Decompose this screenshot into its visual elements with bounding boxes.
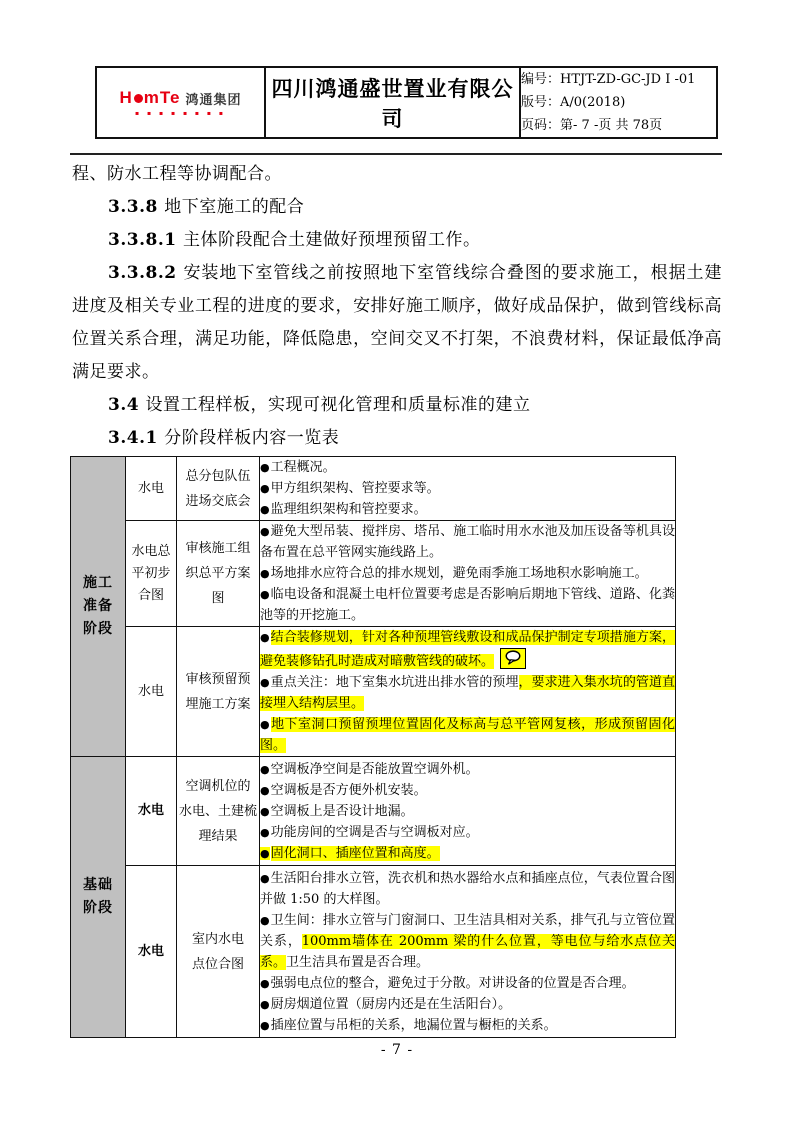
bullet-item: ●插座位置与吊柜的关系，地漏位置与橱柜的关系。 (260, 1015, 675, 1036)
bullet-dot-icon: ● (260, 588, 270, 601)
content-cell: ●工程概况。●甲方组织架构、管控要求等。●监理组织架构和管控要求。 (260, 457, 676, 521)
bullet-dot-icon: ● (260, 998, 270, 1011)
heading-3-4: 3.4设置工程样板，实现可视化管理和质量标准的建立 (72, 389, 722, 422)
bullet-item: ●地下室洞口预留预埋位置固化及标高与总平管网复核，形成预留固化图。 (260, 714, 675, 756)
bullet-item: ●厨房烟道位置（厨房内还是在生活阳台）。 (260, 994, 675, 1015)
logo-tagline: ▪ ▪ ▪ ▪ ▪ ▪ ▪ ▪ (97, 111, 264, 117)
bullet-dot-icon: ● (260, 977, 270, 990)
table-row: 水电总 平初步 合图 审核施工组 织总平方案 图 ●避免大型吊装、搅拌房、塔吊、… (71, 521, 676, 627)
discipline-cell: 水电总 平初步 合图 (126, 521, 177, 627)
bullet-item: ●工程概况。 (260, 457, 675, 478)
bullet-text: 空调板上是否设计地漏。 (271, 804, 414, 819)
bullet-dot-icon: ● (260, 631, 270, 644)
discipline-cell: 水电 (126, 757, 177, 866)
header-table: HmTe 鸿通集团 ▪ ▪ ▪ ▪ ▪ ▪ ▪ ▪ 四川鸿通盛世置业有限公司 编… (95, 66, 718, 139)
bullet-dot-icon: ● (260, 763, 270, 776)
stage-cell-preparation: 施工 准备 阶段 (71, 457, 126, 757)
item-cell: 审核预留预 埋施工方案 (177, 627, 260, 757)
heading-3-4-1: 3.4.1分阶段样板内容一览表 (72, 422, 722, 455)
doc-version-row: 版号：A/0(2018) (521, 91, 716, 114)
bullet-item: ●避免大型吊装、搅拌房、塔吊、施工临时用水水池及加压设备等机具设备布置在总平管网… (260, 521, 675, 563)
bullet-dot-icon: ● (260, 1019, 270, 1032)
heading-number: 3.4.1 (108, 428, 164, 448)
bullet-text: 工程概况。 (271, 460, 336, 475)
bullet-dot-icon: ● (260, 872, 270, 885)
bullet-item: ●强弱电点位的整合，避免过于分散。对讲设备的位置是否合理。 (260, 973, 675, 994)
logo-latin-left: H (120, 88, 133, 107)
comment-icon[interactable] (500, 648, 526, 669)
content-cell: ●空调板净空间是否能放置空调外机。●空调板是否方便外机安装。●空调板上是否设计地… (260, 757, 676, 866)
bullet-text: 厨房烟道位置（厨房内还是在生活阳台）。 (271, 997, 512, 1012)
body-text: 程、防水工程等协调配合。 3.3.8地下室施工的配合 3.3.8.1主体阶段配合… (72, 158, 722, 455)
heading-text: 主体阶段配合土建做好预埋预留工作。 (183, 230, 481, 250)
item-cell: 室内水电 点位合图 (177, 866, 260, 1038)
bullet-dot-icon: ● (260, 805, 270, 818)
doc-pagecount-value: 第- 7 -页 共 78页 (560, 118, 662, 133)
heading-text: 地下室施工的配合 (164, 197, 304, 217)
bullet-dot-icon: ● (260, 676, 270, 689)
stage-sample-table: 施工 准备 阶段 水电 总分包队伍 进场交底会 ●工程概况。●甲方组织架构、管控… (70, 456, 676, 1038)
bullet-text: 生活阳台排水立管，洗衣机和热水器给水点和插座点位，气表位置合图并做 1:50 的… (260, 871, 675, 907)
bullet-item: ●场地排水应符合总的排水规划，避免雨季施工场地积水影响施工。 (260, 563, 675, 584)
bullet-text: 场地排水应符合总的排水规划，避免雨季施工场地积水影响施工。 (271, 566, 648, 581)
content-cell: ●生活阳台排水立管，洗衣机和热水器给水点和插座点位，气表位置合图并做 1:50 … (260, 866, 676, 1038)
table-row: 基础 阶段 水电 空调机位的 水电、土建梳 理结果 ●空调板净空间是否能放置空调… (71, 757, 676, 866)
bullet-text: 临电设备和混凝土电杆位置要考虑是否影响后期地下管线、道路、化粪池等的开挖施工。 (260, 587, 675, 623)
item-cell: 总分包队伍 进场交底会 (177, 457, 260, 521)
bullet-text: 甲方组织架构、管控要求等。 (271, 481, 440, 496)
bullet-text: 卫生洁具布置是否合理。 (286, 955, 429, 970)
paragraph-text: 程、防水工程等协调配合。 (72, 164, 282, 184)
bullet-text: 空调板是否方便外机安装。 (271, 783, 427, 798)
bullet-dot-icon: ● (260, 482, 270, 495)
heading-text: 设置工程样板，实现可视化管理和质量标准的建立 (146, 395, 531, 415)
company-logo: HmTe 鸿通集团 (97, 88, 264, 108)
bullet-text: 插座位置与吊柜的关系，地漏位置与橱柜的关系。 (271, 1018, 557, 1033)
heading-number: 3.3.8.2 (108, 263, 183, 283)
page-number: - 7 - (0, 1042, 794, 1058)
bullet-dot-icon: ● (260, 525, 270, 538)
item-cell: 空调机位的 水电、土建梳 理结果 (177, 757, 260, 866)
doc-pagecount-label: 页码： (521, 118, 560, 133)
heading-3-3-8: 3.3.8地下室施工的配合 (72, 191, 722, 224)
doc-number-row: 编号：HTJT-ZD-GC-JD Ⅰ -01 (521, 68, 716, 91)
heading-3-3-8-1: 3.3.8.1主体阶段配合土建做好预埋预留工作。 (72, 224, 722, 257)
discipline-cell: 水电 (126, 627, 177, 757)
logo-cell: HmTe 鸿通集团 ▪ ▪ ▪ ▪ ▪ ▪ ▪ ▪ (96, 67, 265, 138)
table-row: 施工 准备 阶段 水电 总分包队伍 进场交底会 ●工程概况。●甲方组织架构、管控… (71, 457, 676, 521)
bullet-item: ●生活阳台排水立管，洗衣机和热水器给水点和插座点位，气表位置合图并做 1:50 … (260, 868, 675, 910)
bullet-dot-icon: ● (260, 784, 270, 797)
bullet-text: 避免大型吊装、搅拌房、塔吊、施工临时用水水池及加压设备等机具设备布置在总平管网实… (260, 524, 675, 560)
highlighted-text: 地下室洞口预留预埋位置固化及标高与总平管网复核，形成预留固化图。 (260, 717, 675, 753)
header-divider-line (70, 153, 722, 155)
bullet-text: 强弱电点位的整合，避免过于分散。对讲设备的位置是否合理。 (271, 976, 635, 991)
bullet-dot-icon: ● (260, 503, 270, 516)
bullet-item: ●空调板是否方便外机安装。 (260, 780, 675, 801)
document-meta-cell: 编号：HTJT-ZD-GC-JD Ⅰ -01 版号：A/0(2018) 页码：第… (520, 67, 717, 138)
bullet-dot-icon: ● (260, 718, 270, 731)
item-cell: 审核施工组 织总平方案 图 (177, 521, 260, 627)
bullet-item: ●监理组织架构和管控要求。 (260, 499, 675, 520)
table-row: 水电 审核预留预 埋施工方案 ●结合装修规划，针对各种预埋管线敷设和成品保护制定… (71, 627, 676, 757)
bullet-dot-icon: ● (260, 567, 270, 580)
bullet-dot-icon: ● (260, 847, 270, 860)
bullet-text: 功能房间的空调是否与空调板对应。 (271, 825, 479, 840)
doc-version-value: A/0(2018) (560, 95, 625, 110)
bullet-item: ●固化洞口、插座位置和高度。 (260, 843, 675, 864)
document-page: HmTe 鸿通集团 ▪ ▪ ▪ ▪ ▪ ▪ ▪ ▪ 四川鸿通盛世置业有限公司 编… (0, 0, 794, 1123)
paragraph-3-3-8-2: 3.3.8.2安装地下室管线之前按照地下室管线综合叠图的要求施工，根据土建进度及… (72, 257, 722, 389)
bullet-item: ●结合装修规划，针对各种预埋管线敷设和成品保护制定专项措施方案，避免装修钻孔时造… (260, 627, 675, 672)
bullet-item: ●空调板净空间是否能放置空调外机。 (260, 759, 675, 780)
heading-text: 分阶段样板内容一览表 (164, 428, 339, 448)
bullet-item: ●甲方组织架构、管控要求等。 (260, 478, 675, 499)
bullet-item: ●卫生间：排水立管与门窗洞口、卫生洁具相对关系，排气孔与立管位置关系，100mm… (260, 910, 675, 973)
logo-latin: HmTe (120, 88, 181, 108)
content-cell: ●结合装修规划，针对各种预埋管线敷设和成品保护制定专项措施方案，避免装修钻孔时造… (260, 627, 676, 757)
bullet-dot-icon: ● (260, 914, 270, 927)
company-name: 四川鸿通盛世置业有限公司 (272, 76, 514, 131)
logo-dot-icon (134, 94, 143, 103)
highlighted-text: 结合装修规划，针对各种预埋管线敷设和成品保护制定专项措施方案，避免装修钻孔时造成… (260, 630, 675, 669)
doc-version-label: 版号： (521, 95, 560, 110)
bullet-text: 空调板净空间是否能放置空调外机。 (271, 762, 479, 777)
doc-number-value: HTJT-ZD-GC-JD Ⅰ -01 (560, 72, 695, 87)
heading-number: 3.3.8.1 (108, 230, 183, 250)
paragraph-continuation: 程、防水工程等协调配合。 (72, 158, 722, 191)
discipline-cell: 水电 (126, 866, 177, 1038)
bullet-dot-icon: ● (260, 826, 270, 839)
table-row: 水电 室内水电 点位合图 ●生活阳台排水立管，洗衣机和热水器给水点和插座点位，气… (71, 866, 676, 1038)
highlighted-text: 固化洞口、插座位置和高度。 (271, 846, 440, 861)
doc-pagecount-row: 页码：第- 7 -页 共 78页 (521, 114, 716, 137)
bullet-item: ●功能房间的空调是否与空调板对应。 (260, 822, 675, 843)
logo-latin-right: mTe (144, 88, 181, 107)
logo-cn-text: 鸿通集团 (185, 89, 241, 108)
stage-cell-foundation: 基础 阶段 (71, 757, 126, 1038)
heading-number: 3.4 (108, 395, 146, 415)
bullet-item: ●空调板上是否设计地漏。 (260, 801, 675, 822)
bullet-text: 重点关注：地下室集水坑进出排水管的预埋 (271, 675, 519, 690)
heading-number: 3.3.8 (108, 197, 164, 217)
bullet-dot-icon: ● (260, 461, 270, 474)
bullet-text: 监理组织架构和管控要求。 (271, 502, 427, 517)
company-name-cell: 四川鸿通盛世置业有限公司 (265, 67, 520, 138)
discipline-cell: 水电 (126, 457, 177, 521)
bullet-item: ●重点关注：地下室集水坑进出排水管的预埋，要求进入集水坑的管道直接埋入结构层里。 (260, 672, 675, 714)
bullet-item: ●临电设备和混凝土电杆位置要考虑是否影响后期地下管线、道路、化粪池等的开挖施工。 (260, 584, 675, 626)
doc-number-label: 编号： (521, 72, 560, 87)
content-cell: ●避免大型吊装、搅拌房、塔吊、施工临时用水水池及加压设备等机具设备布置在总平管网… (260, 521, 676, 627)
